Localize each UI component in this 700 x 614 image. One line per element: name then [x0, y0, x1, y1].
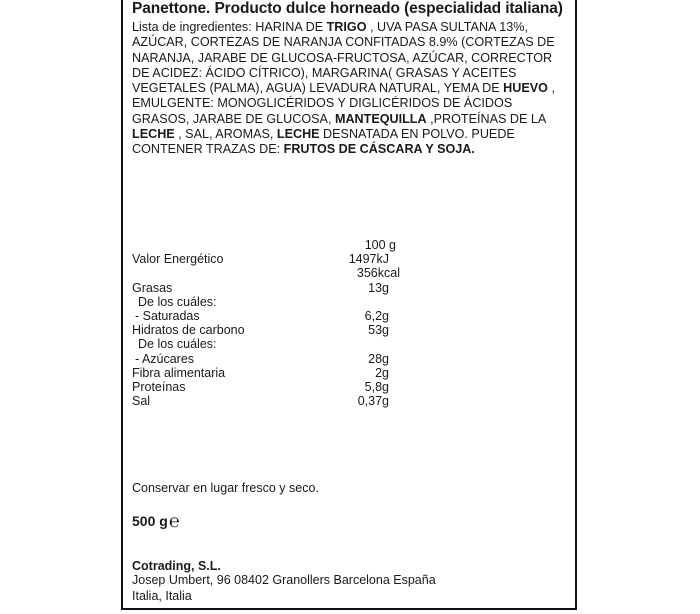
nutrition-row: Hidratos de carbono53g — [132, 323, 432, 337]
nutrition-row: De los cuáles: — [132, 295, 432, 309]
nutrient-value: 0,37g — [358, 394, 389, 408]
allergen-text: LECHE — [277, 127, 320, 141]
allergen-text: LECHE — [132, 127, 175, 141]
nutrition-row: Sal0,37g — [132, 394, 432, 408]
allergen-text: FRUTOS DE CÁSCARA Y SOJA. — [284, 142, 475, 156]
nutrient-value: 100 g — [365, 238, 396, 252]
nutrition-row: Grasas13g — [132, 281, 432, 295]
nutrient-value: 5,8g — [365, 380, 389, 394]
company-name: Cotrading, S.L. — [132, 559, 221, 573]
nutrition-table: 100 gValor Energético1497kJ356kcalGrasas… — [132, 238, 432, 408]
nutrition-row: Proteínas5,8g — [132, 380, 432, 394]
allergen-text: HUEVO — [503, 81, 548, 95]
product-title: Panettone. Producto dulce horneado (espe… — [132, 0, 563, 18]
storage-instructions: Conservar en lugar fresco y seco. — [132, 481, 319, 495]
nutrition-row: 356kcal — [132, 266, 432, 280]
ingredients-list: Lista de ingredientes: HARINA DE TRIGO ,… — [132, 20, 572, 158]
nutrient-label: Grasas — [132, 281, 172, 295]
nutrient-value: 1497kJ — [349, 252, 389, 266]
nutrient-label: Hidratos de carbono — [132, 323, 245, 337]
nutrition-row: Fibra alimentaria2g — [132, 366, 432, 380]
ingredient-text: ,PROTEÍNAS DE LA — [427, 112, 546, 126]
nutrient-value: 356kcal — [357, 266, 400, 280]
nutrient-value: 13g — [368, 281, 389, 295]
allergen-text: MANTEQUILLA — [335, 112, 427, 126]
product-label: Panettone. Producto dulce horneado (espe… — [121, 0, 577, 610]
origin-country: Italia, Italia — [132, 589, 192, 603]
net-weight: 500 g℮ — [132, 510, 180, 531]
nutrient-label: Fibra alimentaria — [132, 366, 225, 380]
nutrition-row: Valor Energético1497kJ — [132, 252, 432, 266]
nutrition-row: - Azúcares28g — [132, 352, 432, 366]
nutrient-label: De los cuáles: — [138, 337, 217, 351]
nutrient-value: 6,2g — [365, 309, 389, 323]
estimated-sign-icon: ℮ — [169, 511, 180, 531]
nutrient-label: Sal — [132, 394, 150, 408]
nutrient-label: De los cuáles: — [138, 295, 217, 309]
nutrient-label: - Azúcares — [135, 352, 194, 366]
nutrition-row: 100 g — [132, 238, 432, 252]
nutrition-row: - Saturadas6,2g — [132, 309, 432, 323]
net-weight-value: 500 g — [132, 513, 168, 529]
ingredient-text: Lista de ingredientes: HARINA DE — [132, 20, 327, 34]
nutrient-label: Valor Energético — [132, 252, 224, 266]
nutrition-row: De los cuáles: — [132, 337, 432, 351]
nutrient-value: 53g — [368, 323, 389, 337]
nutrient-label: - Saturadas — [135, 309, 200, 323]
nutrient-value: 28g — [368, 352, 389, 366]
ingredient-text: , SAL, AROMAS, — [175, 127, 277, 141]
company-address: Josep Umbert, 96 08402 Granollers Barcel… — [132, 573, 436, 587]
nutrient-value: 2g — [375, 366, 389, 380]
nutrient-label: Proteínas — [132, 380, 186, 394]
allergen-text: TRIGO — [327, 20, 367, 34]
